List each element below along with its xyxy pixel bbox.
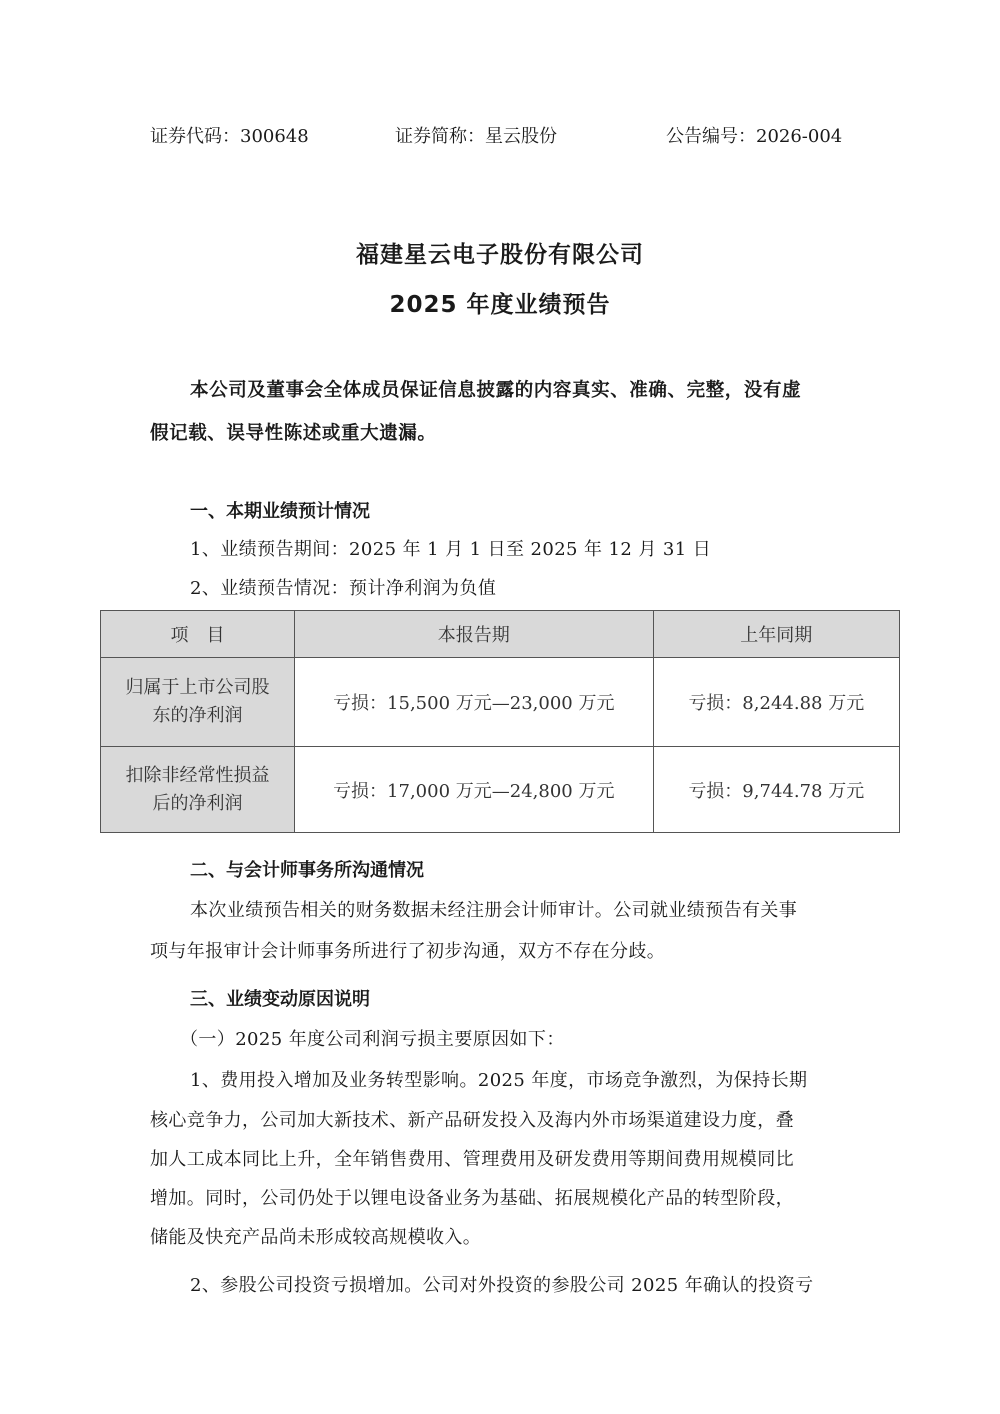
reason-1-line-2: 核心竞争力，公司加大新技术、新产品研发投入及海内外市场渠道建设力度，叠 xyxy=(150,1106,794,1132)
table-row: 扣除非经常性损益 后的净利润 亏损：17,000 万元—24,800 万元 亏损… xyxy=(101,747,900,833)
row-label: 扣除非经常性损益 后的净利润 xyxy=(101,747,295,833)
reason-2-line-1: 2、参股公司投资亏损增加。公司对外投资的参股公司 2025 年确认的投资亏 xyxy=(190,1271,814,1297)
section-1-heading: 一、本期业绩预计情况 xyxy=(190,497,370,523)
reason-1-line-5: 储能及快充产品尚未形成较高规模收入。 xyxy=(150,1223,481,1249)
header-item: 项 目 xyxy=(101,611,295,658)
table-row: 归属于上市公司股 东的净利润 亏损：15,500 万元—23,000 万元 亏损… xyxy=(101,658,900,747)
row-label: 归属于上市公司股 东的净利润 xyxy=(101,658,295,747)
stock-code: 证券代码：300648 xyxy=(150,122,309,148)
row-label-line-2: 东的净利润 xyxy=(107,702,288,730)
current-period-value: 亏损：15,500 万元—23,000 万元 xyxy=(295,658,654,747)
forecast-table: 项 目 本报告期 上年同期 归属于上市公司股 东的净利润 亏损：15,500 万… xyxy=(100,610,900,833)
row-label-line-2: 后的净利润 xyxy=(107,790,288,818)
forecast-status: 2、业绩预告情况：预计净利润为负值 xyxy=(190,574,496,600)
announcement-number: 公告编号：2026-004 xyxy=(666,122,842,148)
section-3-heading: 三、业绩变动原因说明 xyxy=(190,985,370,1011)
header-prior-period: 上年同期 xyxy=(653,611,899,658)
table-header-row: 项 目 本报告期 上年同期 xyxy=(101,611,900,658)
section-2-heading: 二、与会计师事务所沟通情况 xyxy=(190,856,424,882)
prior-period-value: 亏损：9,744.78 万元 xyxy=(653,747,899,833)
stock-abbreviation: 证券简称：星云股份 xyxy=(395,122,557,148)
reason-1-line-1: 1、费用投入增加及业务转型影响。2025 年度，市场竞争激烈，为保持长期 xyxy=(190,1066,807,1092)
prior-period-value: 亏损：8,244.88 万元 xyxy=(653,658,899,747)
company-name: 福建星云电子股份有限公司 xyxy=(0,236,1000,269)
row-label-line-1: 扣除非经常性损益 xyxy=(107,762,288,790)
forecast-period: 1、业绩预告期间：2025 年 1 月 1 日至 2025 年 12 月 31 … xyxy=(190,535,711,561)
section-3-subheading: （一）2025 年度公司利润亏损主要原因如下： xyxy=(180,1025,565,1051)
section-2-line-1: 本次业绩预告相关的财务数据未经注册会计师审计。公司就业绩预告有关事 xyxy=(190,896,797,922)
row-label-line-1: 归属于上市公司股 xyxy=(107,674,288,702)
current-period-value: 亏损：17,000 万元—24,800 万元 xyxy=(295,747,654,833)
section-2-line-2: 项与年报审计会计师事务所进行了初步沟通，双方不存在分歧。 xyxy=(150,937,665,963)
disclaimer-line-2: 假记载、误导性陈述或重大遗漏。 xyxy=(150,419,437,445)
reason-1-line-4: 增加。同时，公司仍处于以锂电设备业务为基础、拓展规模化产品的转型阶段， xyxy=(150,1184,794,1210)
header-current-period: 本报告期 xyxy=(295,611,654,658)
disclaimer-line-1: 本公司及董事会全体成员保证信息披露的内容真实、准确、完整，没有虚 xyxy=(190,376,801,402)
reason-1-line-3: 加人工成本同比上升，全年销售费用、管理费用及研发费用等期间费用规模同比 xyxy=(150,1145,794,1171)
document-title: 2025 年度业绩预告 xyxy=(0,286,1000,319)
